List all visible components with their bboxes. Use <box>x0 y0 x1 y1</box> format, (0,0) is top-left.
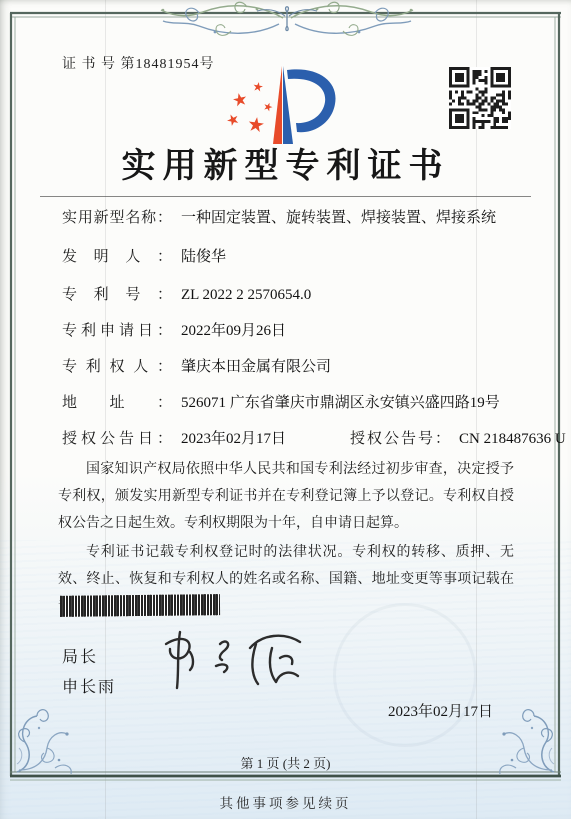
field-value: 一种固定装置、旋转装置、焊接装置、焊接系统 <box>181 210 496 226</box>
logo-spire-red <box>273 66 282 144</box>
handwritten-signature <box>150 618 320 698</box>
qr-code <box>449 67 511 129</box>
field-label: 授权公告号： <box>350 427 450 448</box>
field-value: 陆俊华 <box>181 249 226 265</box>
director-title: 局长 <box>62 644 98 667</box>
field-label: 实用新型名称： <box>62 206 172 227</box>
field-grant-number: 授权公告号：CN 218487636 U <box>350 427 566 448</box>
field-label: 专利号： <box>62 283 172 304</box>
field-value: 2023年02月17日 <box>181 431 286 447</box>
field-grant-row: 授权公告日：2023年02月17日 授权公告号：CN 218487636 U <box>62 427 571 448</box>
certificate-number: 证 书 号 第18481954号 <box>62 53 215 73</box>
field-label: 专利权人： <box>62 355 172 376</box>
page-indicator: 第 1 页 (共 2 页) <box>0 753 571 772</box>
field-label: 地址： <box>62 391 172 412</box>
field-value: ZL 2022 2 2570654.0 <box>181 287 311 303</box>
top-filigree-ornament <box>161 2 413 35</box>
field-utility-model-name: 实用新型名称：一种固定装置、旋转装置、焊接装置、焊接系统 <box>62 206 496 227</box>
footer-note: 其他事项参见续页 <box>0 792 571 812</box>
embossed-seal-watermark <box>333 603 477 747</box>
logo-p-bowl <box>287 69 336 132</box>
field-filing-date: 专利申请日：2022年09月26日 <box>62 319 286 340</box>
patent-certificate-page: 证 书 号 第18481954号 <box>0 0 571 819</box>
field-value: 526071 广东省肇庆市鼎湖区永安镇兴盛四路19号 <box>181 395 500 411</box>
field-address: 地址：526071 广东省肇庆市鼎湖区永安镇兴盛四路19号 <box>62 391 500 412</box>
field-value: CN 218487636 U <box>459 431 566 447</box>
field-inventor: 发明人：陆俊华 <box>62 245 226 266</box>
legal-paragraph: 国家知识产权局依照中华人民共和国专利法经过初步审查，决定授予专利权，颁发实用新型… <box>58 456 514 537</box>
logo-stars <box>225 81 273 132</box>
field-patentee: 专利权人：肇庆本田金属有限公司 <box>62 355 331 376</box>
director-name: 申长雨 <box>62 674 116 697</box>
field-label: 专利申请日： <box>62 319 172 340</box>
title-divider <box>40 196 531 197</box>
field-value: 肇庆本田金属有限公司 <box>181 359 331 375</box>
barcode <box>60 594 220 617</box>
field-value: 2022年09月26日 <box>181 323 286 339</box>
field-label: 授权公告日： <box>62 427 172 448</box>
field-label: 发明人： <box>62 245 172 266</box>
issue-date: 2023年02月17日 <box>388 700 493 721</box>
field-patent-number: 专利号：ZL 2022 2 2570654.0 <box>62 283 311 304</box>
certificate-title: 实用新型专利证书 <box>0 138 571 187</box>
